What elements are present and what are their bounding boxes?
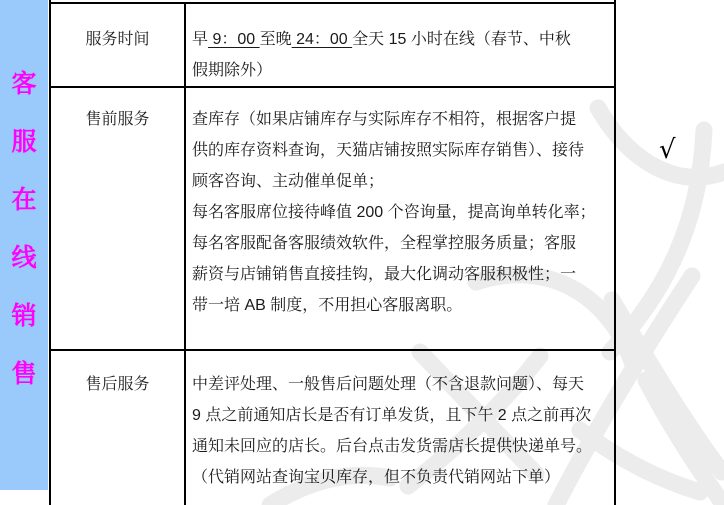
text-segment: 24：00: [292, 31, 353, 48]
table-border-row1-bottom: [49, 86, 616, 88]
text-line: 查库存（如果店铺库存与实际库存不相符，根据客户提: [192, 104, 624, 135]
watermark-stroke: [646, 380, 724, 505]
table-border-vertical-middle: [184, 2, 186, 505]
text-line: 中差评处理、一般售后问题处理（不含退款问题）、每天: [192, 369, 624, 400]
text-line: （代销网站查询宝贝库存，但不负责代销网站下单）: [192, 462, 624, 493]
service-hours-content: 早 9：00 至晚 24：00 全天 15 小时在线（春节、中秋 假期除外）: [192, 24, 624, 86]
row-label-presale: 售前服务: [51, 104, 184, 135]
sidebar-char: 售: [11, 362, 36, 387]
text-line: 每名客服配备客服绩效软件，全程掌控服务质量；客服: [192, 228, 624, 259]
sidebar-char: 服: [11, 130, 36, 155]
service-hours-line2: 假期除外）: [192, 55, 624, 86]
text-segment: 至晚: [260, 31, 292, 48]
sidebar-banner: 客服在线销售: [0, 0, 48, 490]
table-border-top: [49, 2, 616, 4]
checkmark: √: [659, 137, 676, 163]
sidebar-char: 线: [11, 246, 36, 271]
text-segment: 9：00: [208, 31, 260, 48]
sidebar-char: 在: [11, 188, 36, 213]
sidebar-char: 客: [11, 72, 36, 97]
text-segment: 早: [192, 31, 208, 48]
text-line: 薪资与店铺销售直接挂钩，最大化调动客服积极性；一: [192, 259, 624, 290]
row-label-service-hours: 服务时间: [51, 24, 184, 55]
text-line: 供的库存资料查询，天猫店铺按照实际库存销售）、接待: [192, 135, 624, 166]
text-line: 带一培 AB 制度，不用担心客服离职。: [192, 290, 624, 321]
text-line: 顾客咨询、主动催单促单；: [192, 166, 624, 197]
text-line: 9 点之前通知店长是否有订单发货，且下午 2 点之前再次: [192, 400, 624, 431]
row-label-aftersale: 售后服务: [51, 369, 184, 400]
table-border-row2-bottom: [49, 349, 616, 351]
aftersale-content: 中差评处理、一般售后问题处理（不含退款问题）、每天9 点之前通知店长是否有订单发…: [192, 369, 624, 493]
text-line: 每名客服席位接待峰值 200 个咨询量，提高询单转化率；: [192, 197, 624, 228]
watermark-stroke: [610, 130, 704, 352]
service-hours-line1: 早 9：00 至晚 24：00 全天 15 小时在线（春节、中秋: [192, 24, 624, 55]
text-line: 通知未回应的店长。后台点击发货需店长提供快递单号。: [192, 431, 624, 462]
presale-content: 查库存（如果店铺库存与实际库存不相符，根据客户提供的库存资料查询，天猫店铺按照实…: [192, 104, 624, 321]
sidebar-char: 销: [11, 304, 36, 329]
watermark-stroke: [612, 300, 722, 472]
table-border-vertical-left: [49, 0, 51, 505]
text-segment: 全天 15 小时在线（春节、中秋: [352, 31, 571, 48]
